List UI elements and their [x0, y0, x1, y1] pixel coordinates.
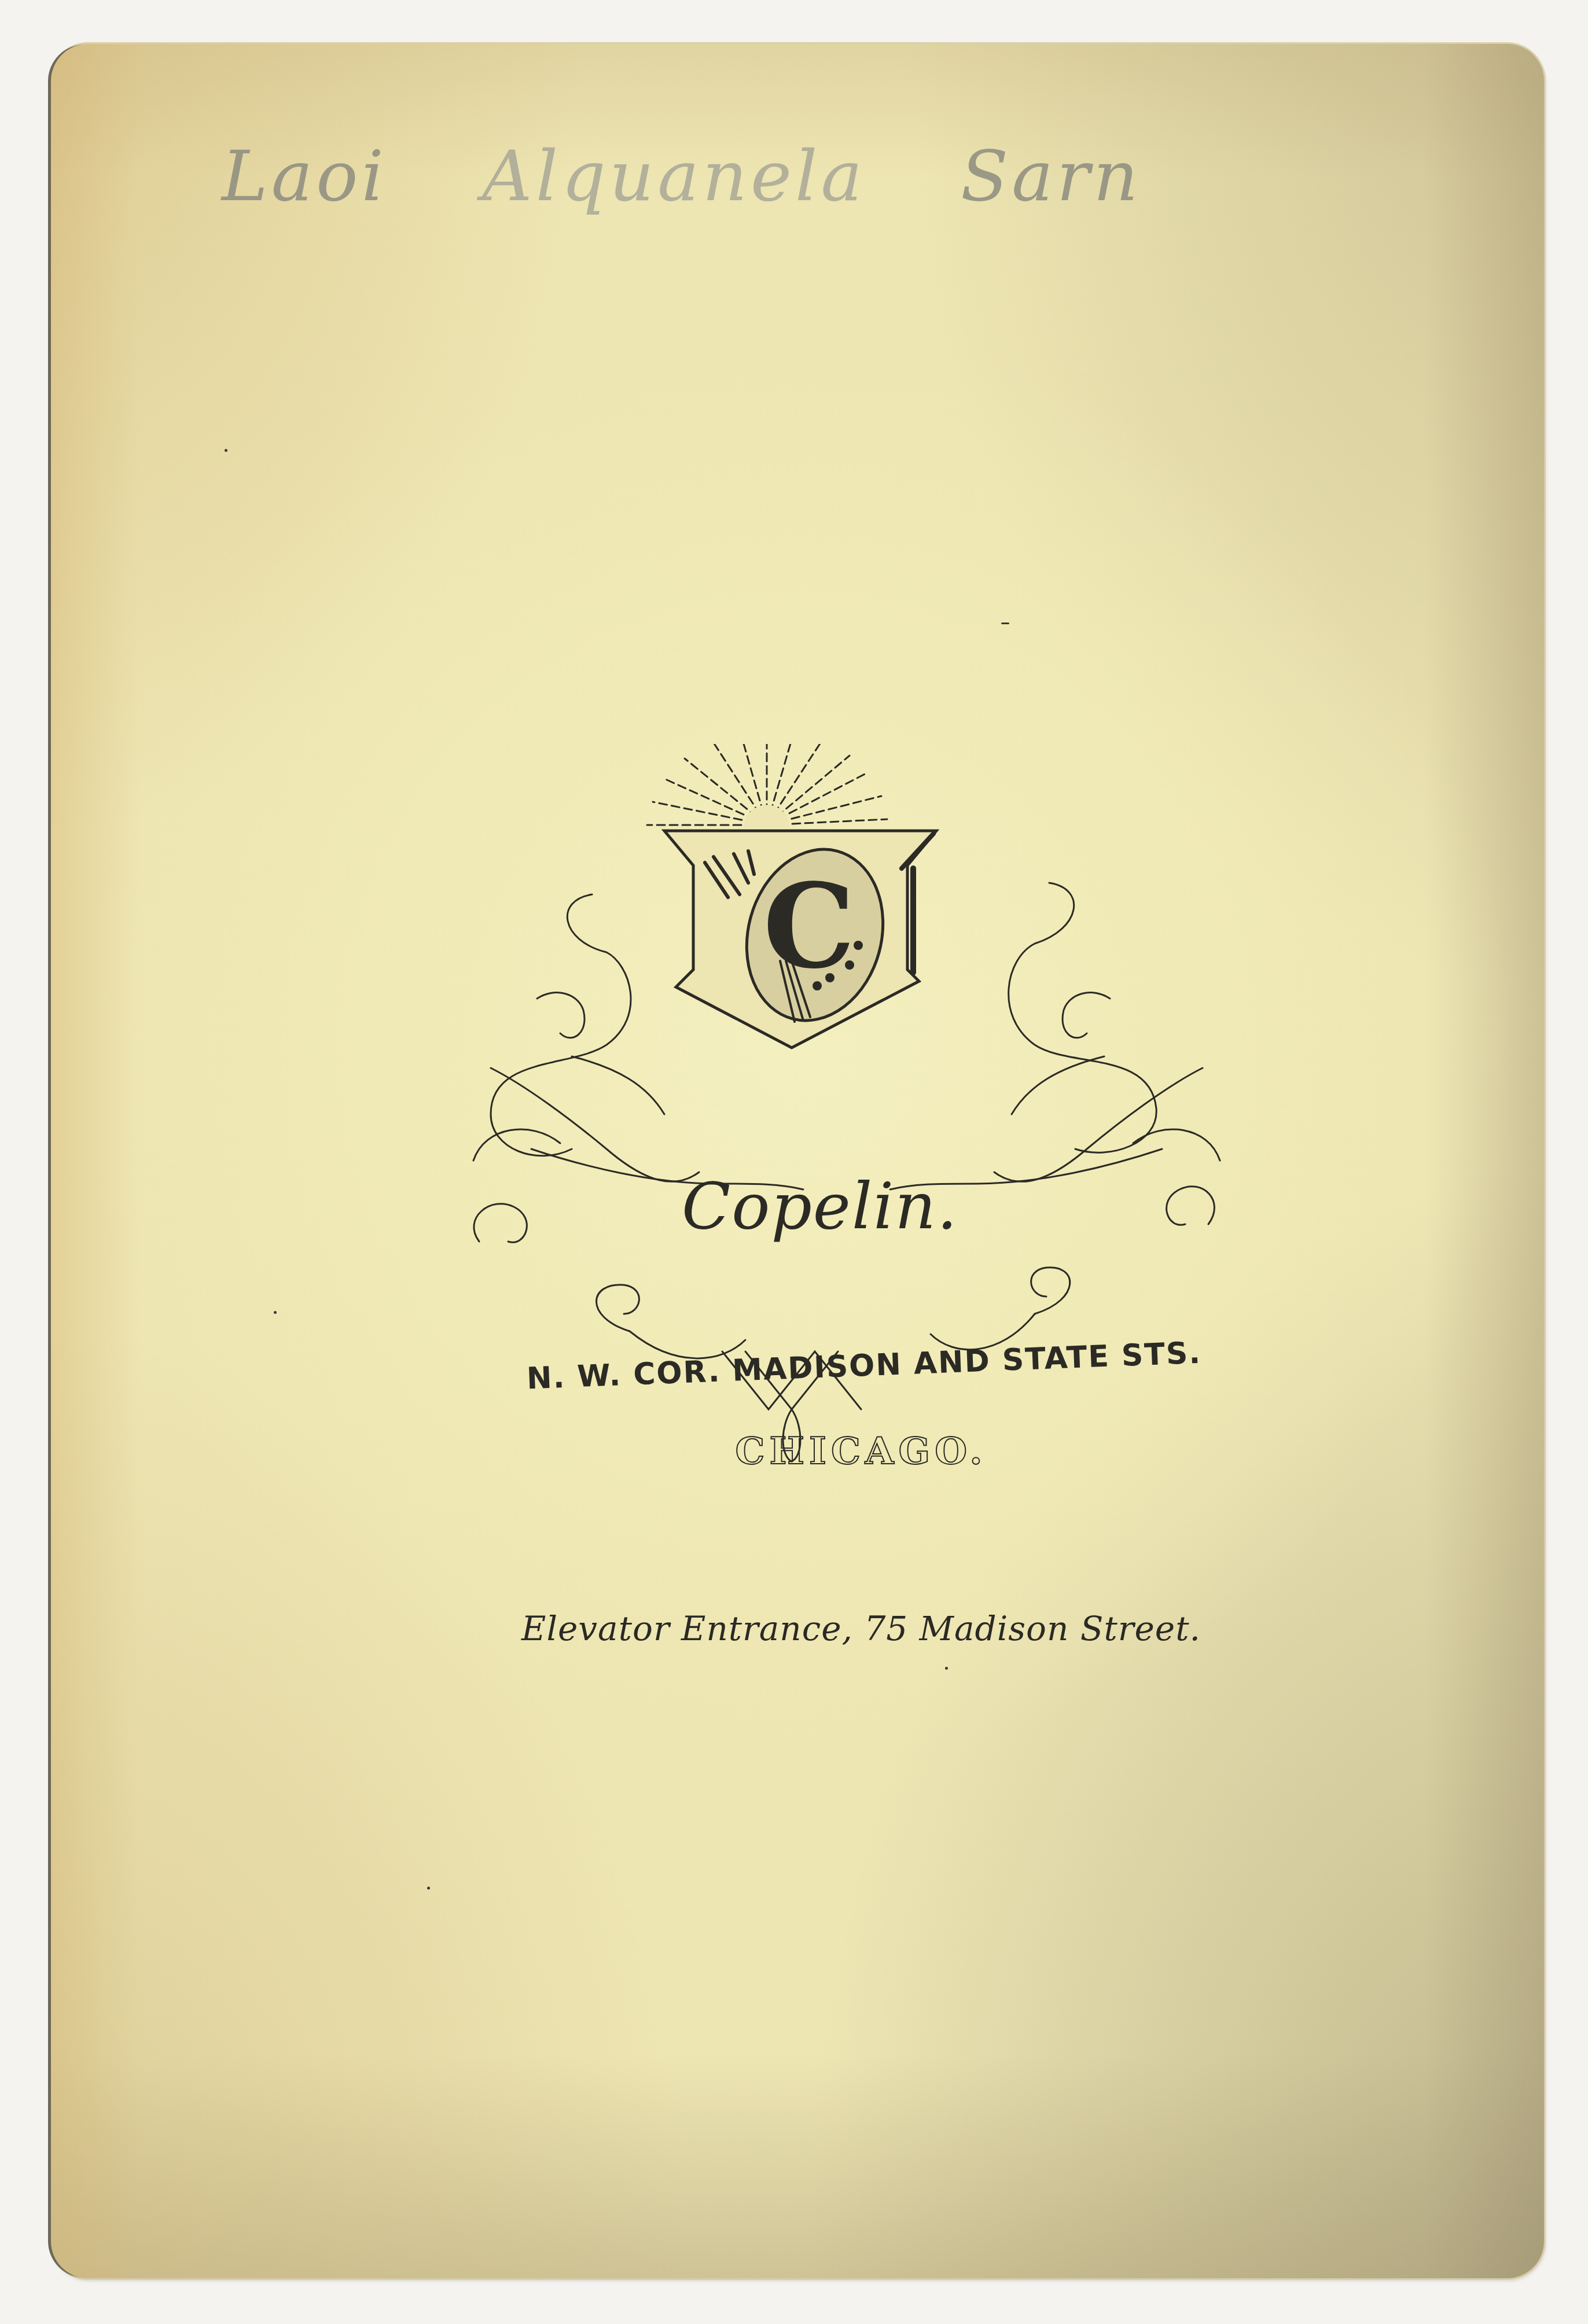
cabinet-card-back: Laoi Alquanela Sarn [51, 44, 1544, 2278]
studio-city: CHICAGO. [688, 1430, 1035, 1473]
inscription-word-1: Laoi [222, 137, 387, 217]
pencil-inscription: Laoi Alquanela Sarn [222, 137, 1211, 217]
paper-speck [225, 449, 227, 452]
inscription-word-2: Alquanela [482, 137, 866, 217]
paper-speck [1001, 623, 1009, 624]
paper-speck [274, 1311, 277, 1314]
monogram-letter: C [763, 859, 855, 995]
inscription-word-3: Sarn [961, 137, 1141, 217]
paper-speck [945, 1667, 948, 1670]
scroll-flourish-right [890, 883, 1220, 1189]
studio-signature: Copelin. [682, 1169, 958, 1243]
entrance-note: Elevator Entrance, 75 Madison Street. [456, 1609, 1266, 1648]
paper-speck [427, 1887, 430, 1890]
